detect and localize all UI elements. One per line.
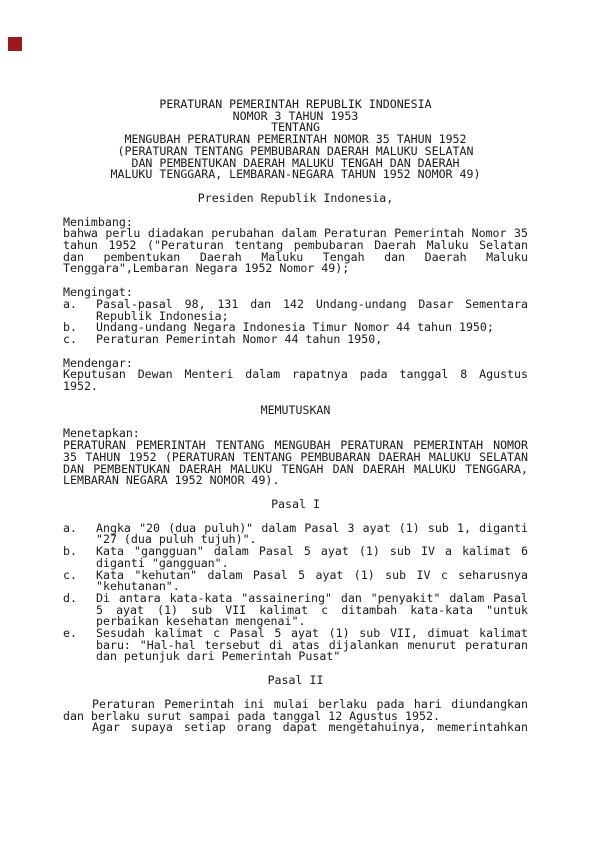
menetapkan-body: PERATURAN PEMERINTAH TENTANG MENGUBAH PE… (63, 440, 528, 487)
list-item-marker: d. (63, 593, 96, 605)
section-menimbang: Menimbang: bahwa perlu diadakan perubaha… (63, 217, 528, 276)
section-mendengar: Mendengar: Keputusan Dewan Menteri dalam… (63, 358, 528, 393)
list-item-text: Di antara kata-kata "assainering" dan "p… (96, 593, 528, 628)
document-content: PERATURAN PEMERINTAH REPUBLIK INDONESIA … (63, 99, 528, 734)
list-item-marker: e. (63, 628, 96, 640)
section-mengingat: Mengingat: a. Pasal-pasal 98, 131 dan 14… (63, 287, 528, 346)
list-item: c. Kata "kehutan" dalam Pasal 5 ayat (1)… (63, 570, 528, 593)
list-item-marker: a. (63, 523, 96, 535)
list-item-text: Angka "20 (dua puluh)" dalam Pasal 3 aya… (96, 523, 528, 546)
section-menetapkan: Menetapkan: PERATURAN PEMERINTAH TENTANG… (63, 428, 528, 487)
pasal-1-list: a. Angka "20 (dua puluh)" dalam Pasal 3 … (63, 523, 528, 663)
list-item-text: Peraturan Pemerintah Nomor 44 tahun 1950… (96, 334, 528, 346)
menimbang-body: bahwa perlu diadakan perubahan dalam Per… (63, 228, 528, 275)
list-item: c. Peraturan Pemerintah Nomor 44 tahun 1… (63, 334, 528, 346)
pasal-1-heading: Pasal I (63, 499, 528, 511)
list-item-text: Kata "kehutan" dalam Pasal 5 ayat (1) su… (96, 570, 528, 593)
salutation: Presiden Republik Indonesia, (63, 193, 528, 205)
title-line: MALUKU TENGGARA, LEMBARAN-NEGARA TAHUN 1… (63, 169, 528, 181)
list-item-marker: c. (63, 334, 96, 346)
list-item-text: Sesudah kalimat c Pasal 5 ayat (1) sub V… (96, 628, 528, 663)
list-item: b. Kata "gangguan" dalam Pasal 5 ayat (1… (63, 546, 528, 569)
document-page: PERATURAN PEMERINTAH REPUBLIK INDONESIA … (0, 0, 595, 842)
list-item-text: Pasal-pasal 98, 131 dan 142 Undang-undan… (96, 299, 528, 322)
list-item: d. Di antara kata-kata "assainering" dan… (63, 593, 528, 628)
list-item: a. Angka "20 (dua puluh)" dalam Pasal 3 … (63, 523, 528, 546)
list-item-text: Kata "gangguan" dalam Pasal 5 ayat (1) s… (96, 546, 528, 569)
mendengar-body: Keputusan Dewan Menteri dalam rapatnya p… (63, 369, 528, 392)
section-pasal-2: Peraturan Pemerintah ini mulai berlaku p… (63, 699, 528, 734)
red-square-annotation-icon (8, 37, 22, 51)
list-item-marker: a. (63, 299, 96, 311)
pasal-2-paragraph: Agar supaya setiap orang dapat mengetahu… (63, 722, 528, 734)
list-item-marker: c. (63, 570, 96, 582)
document-title: PERATURAN PEMERINTAH REPUBLIK INDONESIA … (63, 99, 528, 181)
list-item: a. Pasal-pasal 98, 131 dan 142 Undang-un… (63, 299, 528, 322)
list-item-marker: b. (63, 546, 96, 558)
pasal-2-heading: Pasal II (63, 675, 528, 687)
pasal-2-paragraph: Peraturan Pemerintah ini mulai berlaku p… (63, 699, 528, 722)
list-item: e. Sesudah kalimat c Pasal 5 ayat (1) su… (63, 628, 528, 663)
memutuskan-heading: MEMUTUSKAN (63, 405, 528, 417)
